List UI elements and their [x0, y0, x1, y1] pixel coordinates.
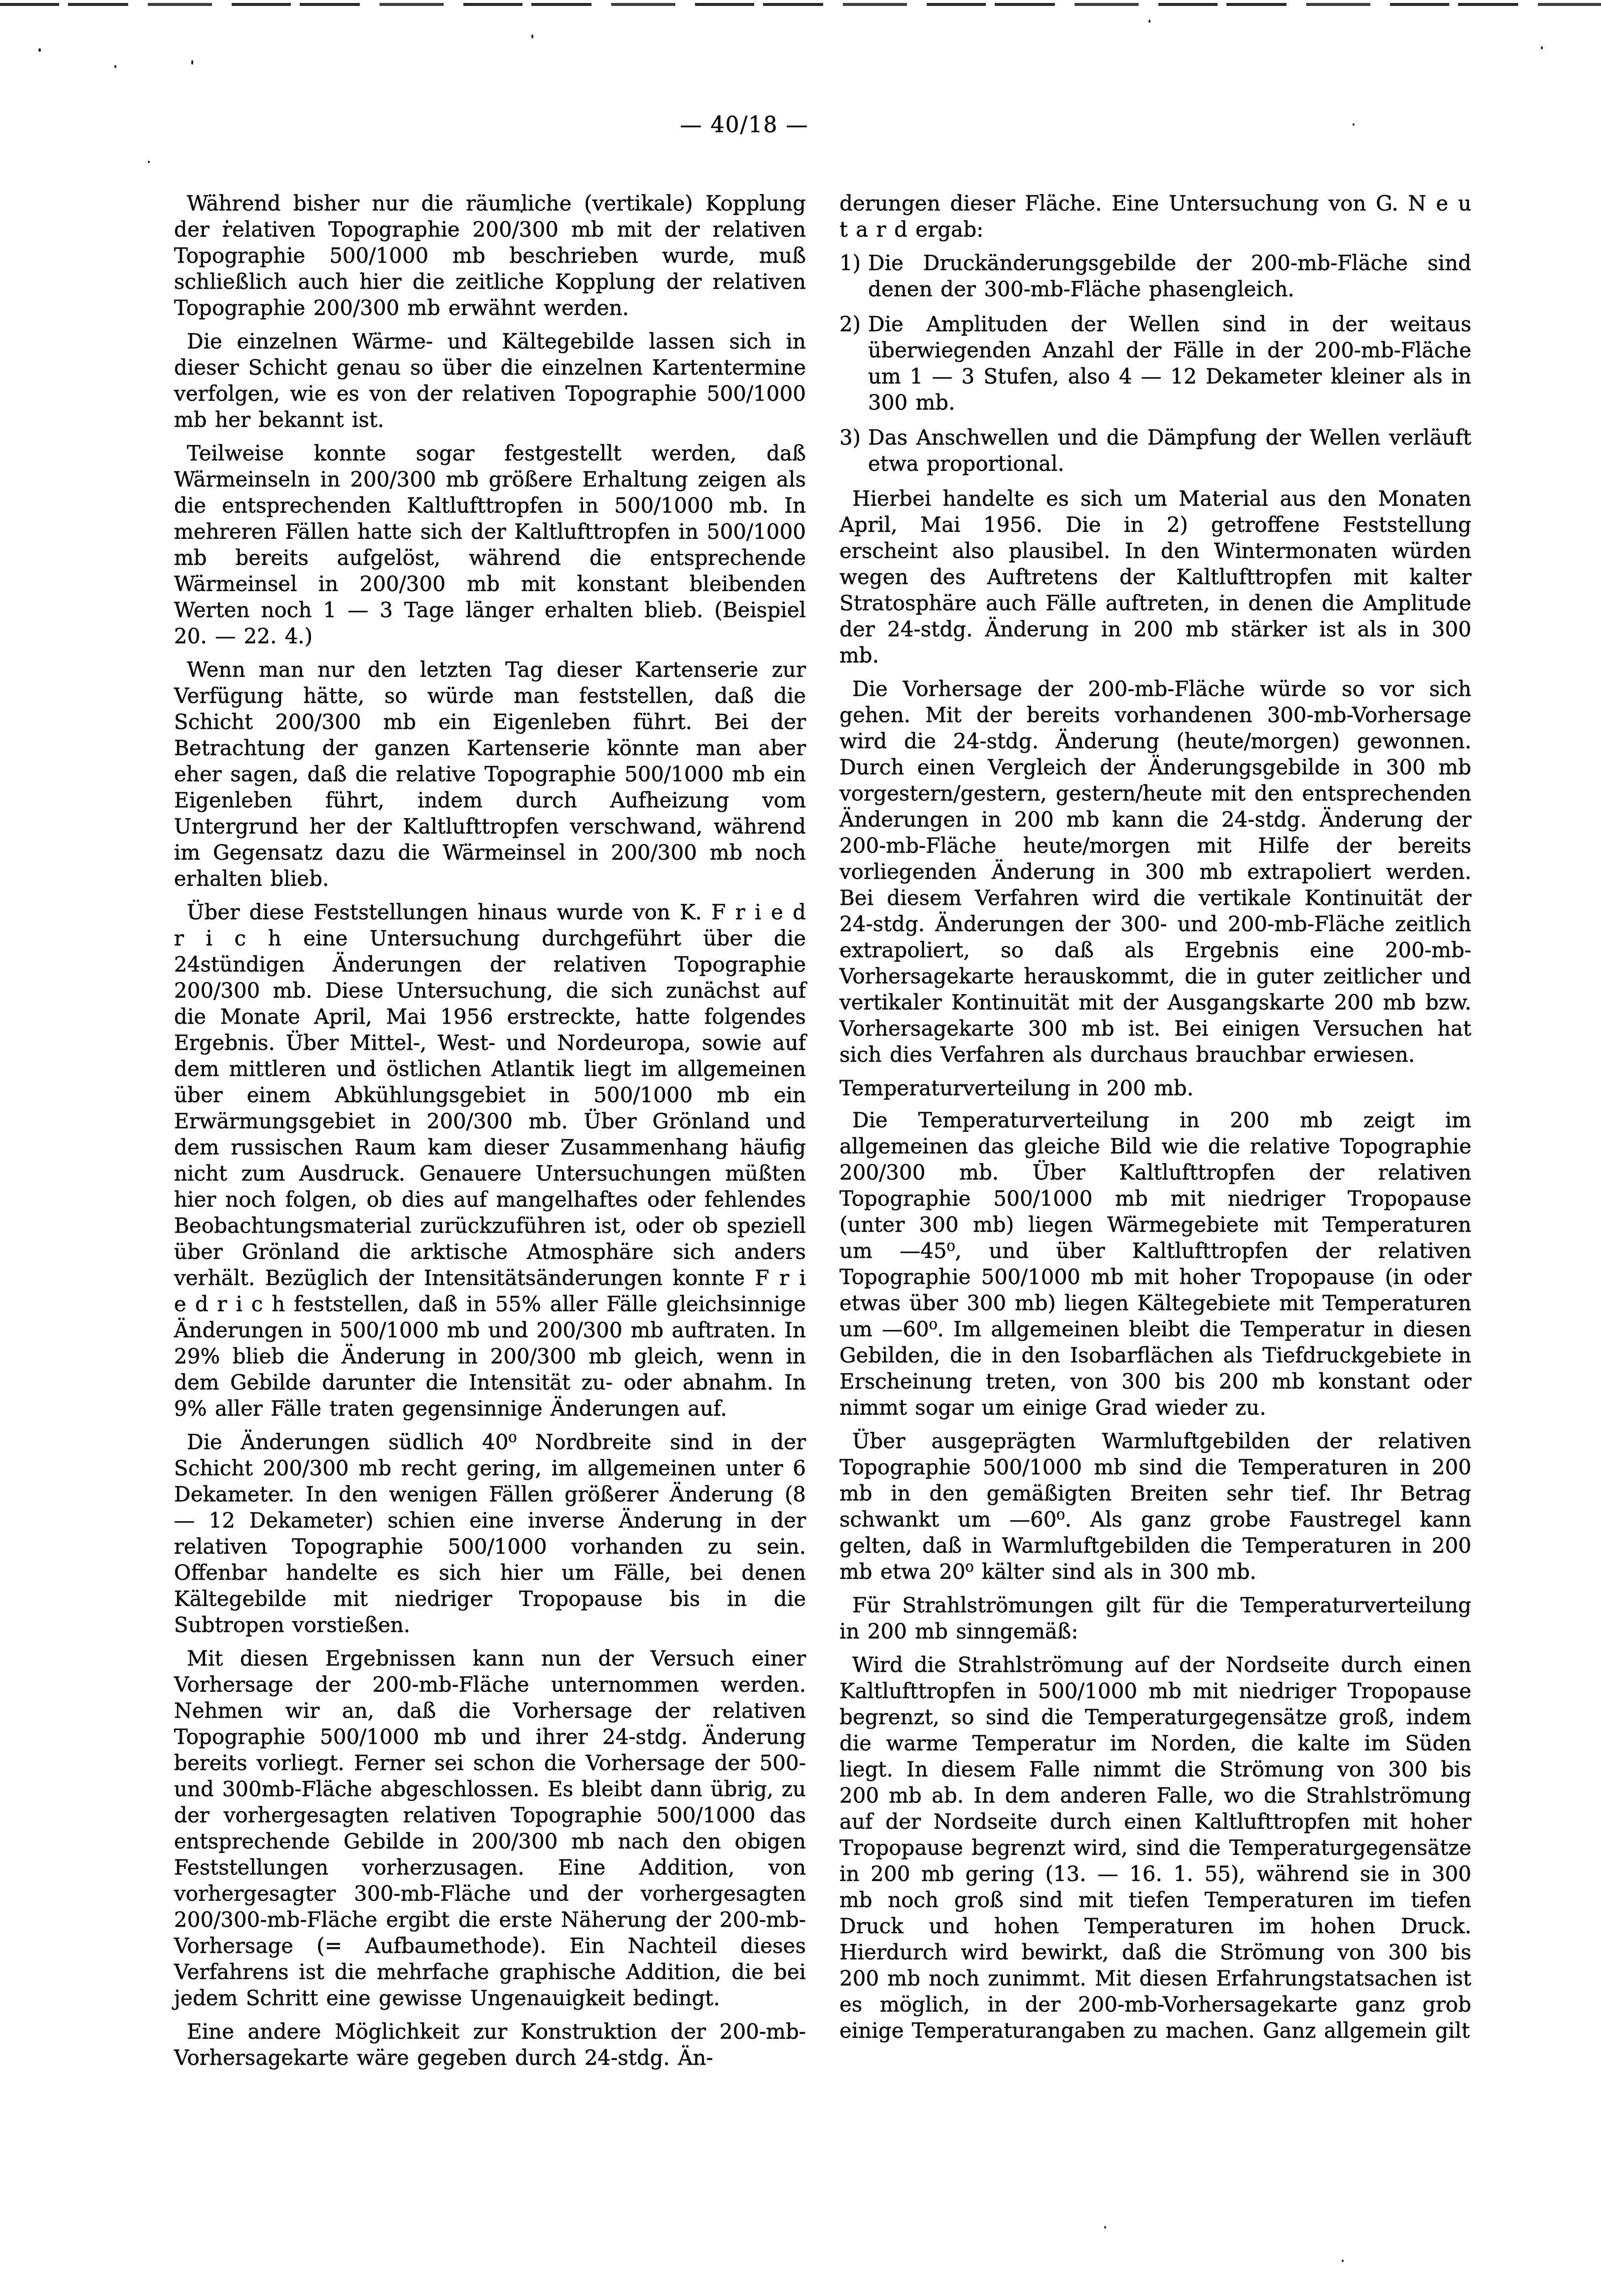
paragraph: Die Änderungen südlich 40⁰ Nordbreite si…	[174, 1429, 806, 1638]
paragraph: Während bisher nur die räumliche (vertik…	[174, 190, 806, 321]
page-number: — 40/18 —	[670, 112, 818, 138]
list-item-text: Die Druckänderungsgebilde der 200-mb-Flä…	[868, 250, 1471, 302]
paragraph: Mit diesen Ergebnissen kann nun der Vers…	[174, 1645, 806, 2011]
list-item: 1) Die Druckänderungsgebilde der 200-mb-…	[839, 250, 1471, 302]
paragraph: Eine andere Möglichkeit zur Konstruktion…	[174, 2018, 806, 2071]
list-item-text: Das Anschwellen und die Dämpfung der Wel…	[868, 424, 1471, 477]
scanned-document-page: — 40/18 — Während bisher nur die räumlic…	[0, 0, 1601, 2296]
scan-speck	[1353, 123, 1355, 126]
list-item: 2) Die Amplituden der Wellen sind in der…	[839, 311, 1471, 416]
scan-speck	[191, 60, 193, 65]
scan-speck	[531, 35, 533, 38]
scan-speck	[1342, 2260, 1344, 2262]
list-item-text: Die Amplituden der Wellen sind in der we…	[868, 311, 1471, 416]
scan-speck	[38, 48, 41, 52]
list-number: 3)	[839, 424, 868, 477]
scan-speck	[148, 161, 150, 163]
paragraph: Die Vorhersage der 200-mb-Fläche würde s…	[839, 676, 1471, 1068]
scan-speck	[1104, 2226, 1106, 2228]
scan-speck	[1541, 46, 1543, 49]
paragraph: Hierbei handelte es sich um Material aus…	[839, 486, 1471, 668]
paragraph: Über diese Feststellungen hinaus wurde v…	[174, 899, 806, 1422]
list-item: 3) Das Anschwellen und die Dämpfung der …	[839, 424, 1471, 477]
paragraph: Wird die Strahlströmung auf der Nordseit…	[839, 1652, 1471, 2044]
list-number: 1)	[839, 250, 868, 302]
paragraph: Wenn man nur den letzten Tag dieser Kart…	[174, 657, 806, 892]
paragraph: Die Temperaturverteilung in 200 mb zeigt…	[839, 1107, 1471, 1421]
left-column: Während bisher nur die räumliche (vertik…	[174, 190, 806, 2078]
list-number: 2)	[839, 311, 868, 416]
section-heading: Temperaturverteilung in 200 mb.	[839, 1075, 1471, 1101]
paragraph: Teilweise konnte sogar festgestellt werd…	[174, 440, 806, 649]
paragraph: derungen dieser Fläche. Eine Untersuchun…	[839, 190, 1471, 243]
right-column: derungen dieser Fläche. Eine Untersuchun…	[839, 190, 1471, 2051]
scan-speck	[114, 65, 116, 68]
scan-speck	[1149, 20, 1150, 23]
paragraph: Die einzelnen Wärme- und Kältegebilde la…	[174, 328, 806, 433]
paragraph: Für Strahlströmungen gilt für die Temper…	[839, 1592, 1471, 1644]
scan-artifact-top-line	[0, 3, 1601, 6]
paragraph: Über ausgeprägten Warmluftgebilden der r…	[839, 1428, 1471, 1585]
